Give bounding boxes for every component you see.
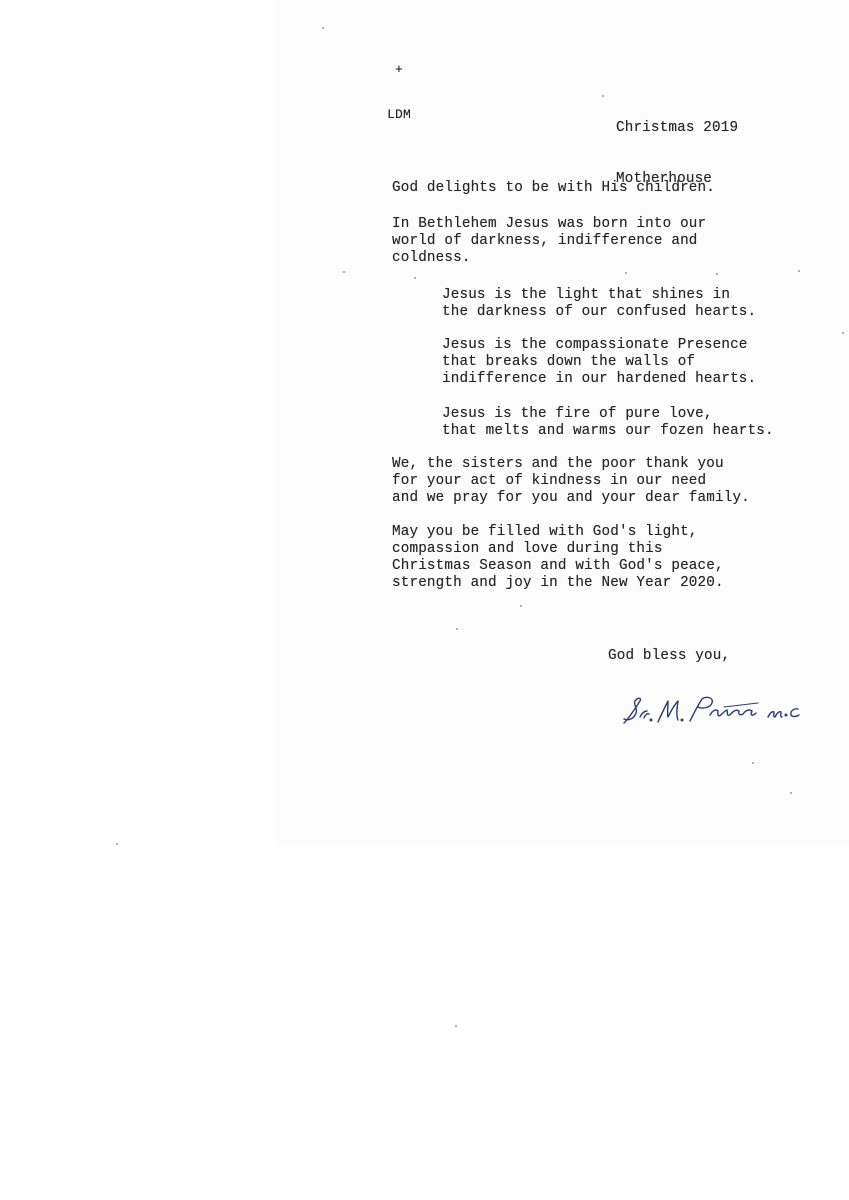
scan-speck <box>602 95 604 97</box>
paragraph-presence: Jesus is the compassionate Presence that… <box>442 337 756 388</box>
scan-speck <box>343 271 345 273</box>
paragraph-fire: Jesus is the fire of pure love, that mel… <box>442 406 774 440</box>
cross-symbol: + <box>384 62 414 77</box>
header-initials: LDM <box>384 107 414 122</box>
scan-speck <box>455 1025 457 1027</box>
scan-speck <box>456 628 458 630</box>
letter-header-mark: + LDM <box>384 32 414 137</box>
scan-speck <box>716 273 718 275</box>
paragraph-light: Jesus is the light that shines in the da… <box>442 287 756 321</box>
scan-speck <box>842 332 844 334</box>
scan-speck <box>790 792 792 794</box>
paragraph-blessing: May you be filled with God's light, comp… <box>392 524 724 592</box>
scan-speck <box>414 277 416 279</box>
scan-speck <box>798 270 800 272</box>
paragraph-greeting: God delights to be with His children. <box>392 180 715 197</box>
scan-speck <box>752 762 754 764</box>
handwritten-signature: Sr. M. Prema M.C. <box>620 693 820 727</box>
closing-line: God bless you, <box>608 648 730 665</box>
dateline-date: Christmas 2019 <box>616 120 738 137</box>
scan-speck <box>322 27 324 29</box>
scan-speck <box>520 605 522 607</box>
paragraph-bethlehem: In Bethlehem Jesus was born into our wor… <box>392 216 706 267</box>
paragraph-thanks: We, the sisters and the poor thank you f… <box>392 456 750 507</box>
scan-speck <box>625 272 627 274</box>
scan-speck <box>116 843 118 845</box>
